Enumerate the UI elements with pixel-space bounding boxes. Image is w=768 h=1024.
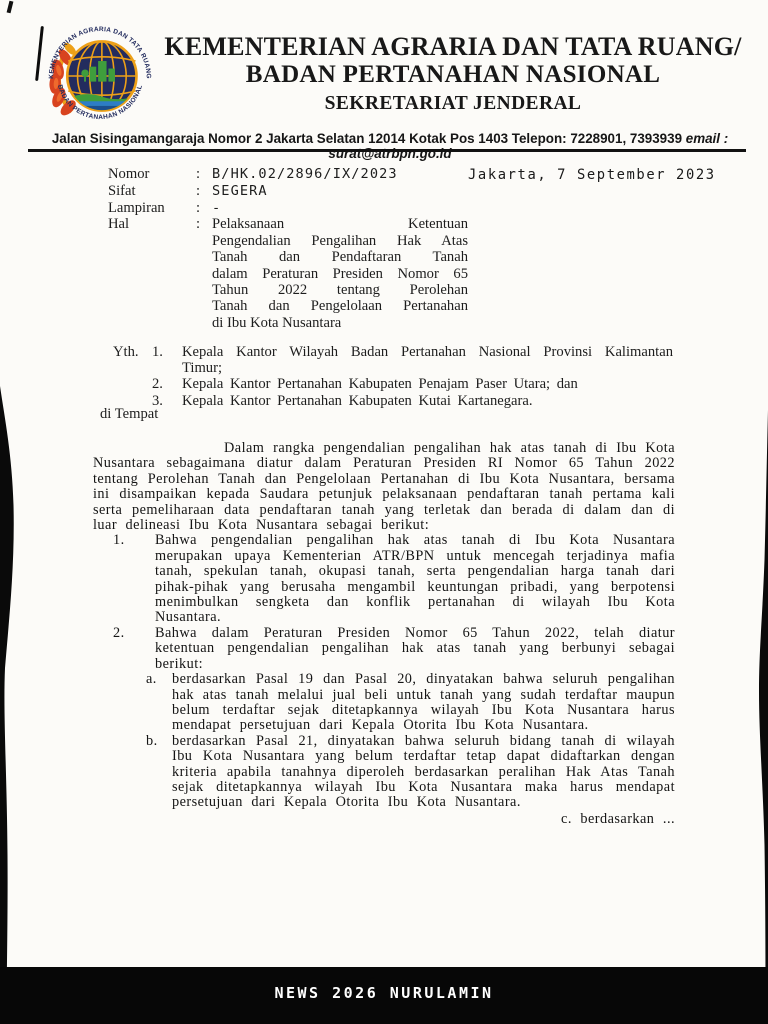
salutation-spacer [113, 376, 152, 392]
letter-meta: Nomor : B/HK.02/2896/IX/2023 Sifat : SEG… [108, 166, 478, 331]
letterhead-titles: KEMENTERIAN AGRARIA DAN TATA RUANG/ BADA… [158, 32, 748, 116]
nomor-colon: : [196, 166, 212, 183]
letter-body: Dalam rangka pengendalian pengalihan hak… [93, 441, 675, 827]
ministry-name-line1: KEMENTERIAN AGRARIA DAN TATA RUANG/ [158, 32, 748, 61]
sifat-value: SEGERA [212, 183, 268, 200]
recipient-item: 2. Kepala Kantor Pertanahan Kabupaten Pe… [113, 376, 673, 392]
meta-row-lampiran: Lampiran : - [108, 200, 478, 217]
subitem-text: berdasarkan Pasal 19 dan Pasal 20, dinya… [172, 672, 675, 734]
hal-label: Hal [108, 216, 196, 331]
hal-line: di Ibu Kota Nusantara [212, 315, 468, 331]
meta-row-hal: Hal : Pelaksanaan Ketentuan Pengendalian… [108, 216, 478, 331]
meta-row-sifat: Sifat : SEGERA [108, 183, 478, 200]
subitem-text: berdasarkan Pasal 21, dinyatakan bahwa s… [172, 734, 675, 811]
body-item-2: 2. Bahwa dalam Peraturan Presiden Nomor … [113, 626, 675, 672]
letterhead-rule [28, 149, 746, 152]
hal-line: Pengendalian Pengalihan Hak Atas [212, 233, 468, 249]
recipient-number: 1. [152, 344, 182, 376]
page-continuation-marker: c. berdasarkan ... [93, 812, 675, 827]
body-item-1: 1. Bahwa pengendalian pengalihan hak ata… [113, 533, 675, 625]
subitem-letter: b. [146, 734, 172, 811]
ministry-name-line2: BADAN PERTANAHAN NASIONAL [158, 61, 748, 89]
recipient-text: Kepala Kantor Pertanahan Kabupaten Kutai… [182, 393, 673, 409]
lampiran-label: Lampiran [108, 200, 196, 217]
letterhead-address: Jalan Sisingamangaraja Nomor 2 Jakarta S… [30, 131, 750, 161]
lampiran-colon: : [196, 200, 212, 217]
item-number: 1. [113, 533, 155, 625]
opening-paragraph: Dalam rangka pengendalian pengalihan hak… [93, 441, 675, 533]
recipients-closing: di Tempat [100, 406, 158, 423]
recipient-item: 3. Kepala Kantor Pertanahan Kabupaten Ku… [113, 393, 673, 409]
subitem-letter: a. [146, 672, 172, 734]
nomor-label: Nomor [108, 166, 196, 183]
scanned-letter-page: KEMENTERIAN AGRARIA DAN TATA RUANG BADAN… [0, 0, 768, 1024]
lampiran-value: - [212, 200, 221, 217]
recipient-number: 2. [152, 376, 182, 392]
hal-line: Tanah dan Pendaftaran Tanah [212, 249, 468, 265]
recipient-text: Kepala Kantor Wilayah Badan Pertanahan N… [182, 344, 673, 376]
place-date-line: Jakarta, 7 September 2023 [468, 167, 716, 183]
sifat-colon: : [196, 183, 212, 200]
scan-edge-shadow-right [750, 0, 768, 1024]
scan-edge-shadow-left [0, 0, 20, 1024]
item-number: 2. [113, 626, 155, 672]
unit-name: SEKRETARIAT JENDERAL [158, 92, 748, 116]
salutation: Yth. [113, 344, 152, 376]
logo-globe-icon [66, 41, 137, 111]
recipient-item: Yth. 1. Kepala Kantor Wilayah Badan Pert… [113, 344, 673, 376]
ministry-logo: KEMENTERIAN AGRARIA DAN TATA RUANG BADAN… [40, 18, 160, 134]
item-text: Bahwa dalam Peraturan Presiden Nomor 65 … [155, 626, 675, 672]
nomor-value: B/HK.02/2896/IX/2023 [212, 166, 398, 183]
hal-line: dalam Peraturan Presiden Nomor 65 [212, 266, 468, 282]
hal-line: Tanah dan Pengelolaan Pertanahan [212, 298, 468, 314]
body-subitem-a: a. berdasarkan Pasal 19 dan Pasal 20, di… [146, 672, 675, 734]
meta-row-nomor: Nomor : B/HK.02/2896/IX/2023 [108, 166, 478, 183]
hal-colon: : [196, 216, 212, 331]
body-subitem-b: b. berdasarkan Pasal 21, dinyatakan bahw… [146, 734, 675, 811]
hal-subject: Pelaksanaan Ketentuan Pengendalian Penga… [212, 216, 468, 331]
item-text: Bahwa pengendalian pengalihan hak atas t… [155, 533, 675, 625]
hal-line: Pelaksanaan Ketentuan [212, 216, 468, 232]
recipients-block: Yth. 1. Kepala Kantor Wilayah Badan Pert… [113, 344, 673, 409]
address-main: Jalan Sisingamangaraja Nomor 2 Jakarta S… [52, 131, 686, 146]
sifat-label: Sifat [108, 183, 196, 200]
recipient-text: Kepala Kantor Pertanahan Kabupaten Penaj… [182, 376, 673, 392]
watermark-text: NEWS 2026 NURULAMIN [0, 984, 768, 1002]
hal-line: Tahun 2022 tentang Perolehan [212, 282, 468, 298]
